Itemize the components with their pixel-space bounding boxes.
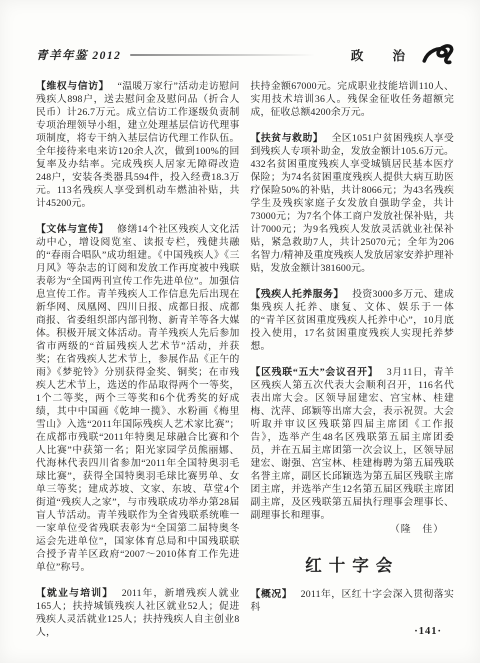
continuation-text: 扶持金额67000元。完成职业技能培训110人、实用技术培训36人。残保金征收任… [251, 80, 455, 119]
entry-fupin-jiuzhu: 【扶贫与救助】全区1051户贫困残疾人享受到残疾人专项补助金，发放金额计105.… [251, 132, 455, 275]
entry-tuoyang-fuwu: 【残疾人托养服务】投资3000多万元、建成集残疾人托养、康复、文体、娱乐于一体的… [251, 288, 455, 353]
entry-label: 【维权与信访】 [36, 81, 109, 92]
entry-label: 【残疾人托养服务】 [251, 289, 344, 300]
left-column: 【维权与信访】“温暖万家行”活动走访慰问残疾人898户，送去慰问金及慰问品（折合… [36, 80, 240, 623]
entry-label: 【就业与培训】 [36, 588, 113, 599]
entry-label: 【区残联“五大”会议召开】 [251, 367, 379, 378]
entry-text: 修缮14个社区残疾人文化活动中心，增设阅览室、读报专栏，残健共融的“春雨合唱队”… [36, 224, 240, 573]
text-columns: 【维权与信访】“温暖万家行”活动走访慰问残疾人898户，送去慰问金及慰问品（折合… [36, 80, 454, 623]
header-rule [130, 54, 315, 56]
entry-gaikuang: 【概况】2011年，区红十字会深入贯彻落实科 [251, 588, 455, 614]
entry-jiuye-peixun: 【就业与培训】2011年，新增残疾人就业165人；扶持城镇残疾人社区就业52人；… [36, 587, 240, 639]
page-header: 青羊年鉴 2012 政 治 [36, 46, 454, 64]
yearbook-page: 青羊年鉴 2012 政 治 【维权与信访】“温暖万家行”活动走访慰问残疾人898… [0, 0, 480, 663]
entry-wuda-huiyi: 【区残联“五大”会议召开】3月11日，青羊区残疾人第五次代表大会顺利召开，116… [251, 366, 455, 522]
entry-weiquan-xinfang: 【维权与信访】“温暖万家行”活动走访慰问残疾人898户，送去慰问金及慰问品（折合… [36, 80, 240, 210]
right-column: 扶持金额67000元。完成职业技能培训110人、实用技术培训36人。残保金征收任… [251, 80, 455, 623]
book-title: 青羊年鉴 2012 [36, 47, 121, 63]
entry-label: 【扶贫与救助】 [251, 133, 324, 144]
page-number: ·141· [414, 626, 442, 637]
section-title: 政 治 [351, 46, 418, 64]
entry-text: 3月11日，青羊区残疾人第五次代表大会顺利召开，116名代表出席大会。区领导屈建… [251, 367, 455, 521]
entry-text: “温暖万家行”活动走访慰问残疾人898户，送去慰问金及慰问品（折合人民币）计26… [36, 81, 240, 209]
chapter-heading-red-cross: 红十字会 [251, 560, 455, 573]
author-attribution: （隆 佳） [251, 523, 455, 536]
entry-wenti-xuanchuan: 【文体与宣传】修缮14个社区残疾人文化活动中心，增设阅览室、读报专栏，残健共融的… [36, 223, 240, 574]
entry-text: 扶持金额67000元。完成职业技能培训110人、实用技术培训36人。残保金征收任… [251, 81, 455, 118]
entry-label: 【文体与宣传】 [36, 224, 109, 235]
calligraphic-flourish-icon [420, 43, 454, 67]
entry-label: 【概况】 [251, 589, 293, 600]
entry-text: 全区1051户贫困残疾人享受到残疾人专项补助金，发放金额计105.6万元。432… [251, 133, 455, 274]
